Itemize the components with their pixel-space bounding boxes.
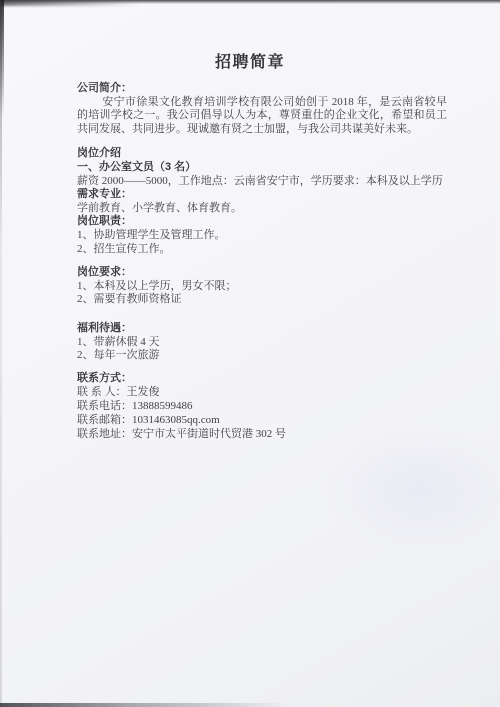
scanned-document-page: 招聘简章 公司简介： 安宁市徐果文化教育培训学校有限公司始创于 2018 年，是… <box>0 0 500 707</box>
scan-edge-top-left-corner <box>0 0 140 6</box>
position-intro-heading: 岗位介绍 <box>77 147 447 161</box>
contact-phone: 联系电话：13888599486 <box>77 399 447 413</box>
requirement-item: 1、本科及以上学历，男女不限； <box>77 280 447 294</box>
section-company-intro: 公司简介： 安宁市徐果文化教育培训学校有限公司始创于 2018 年，是云南省较早… <box>77 82 447 136</box>
contact-person: 联 系 人：王发俊 <box>77 385 447 399</box>
document-title: 招聘简章 <box>0 49 500 72</box>
duty-item: 1、协助管理学生及管理工作。 <box>77 229 447 243</box>
majors-list: 学前教育、小学教育、体育教育。 <box>77 202 447 216</box>
duty-item: 2、招生宣传工作。 <box>77 243 447 257</box>
contact-email: 联系邮箱：1031463085qq.com <box>77 413 447 427</box>
benefit-item: 2、每年一次旅游 <box>77 349 447 363</box>
section-requirements: 岗位要求： 1、本科及以上学历，男女不限； 2、需要有教师资格证 <box>77 266 447 307</box>
benefits-heading: 福利待遇： <box>77 322 447 336</box>
company-intro-heading: 公司简介： <box>77 82 447 96</box>
requirement-item: 2、需要有教师资格证 <box>77 293 447 307</box>
majors-heading: 需求专业： <box>77 188 447 202</box>
section-contact: 联系方式： 联 系 人：王发俊 联系电话：13888599486 联系邮箱：10… <box>77 372 447 442</box>
salary-line: 薪资 2000——5000，工作地点：云南省安宁市，学历要求：本科及以上学历 <box>77 175 447 189</box>
section-benefits: 福利待遇： 1、带薪休假 4 天 2、每年一次旅游 <box>77 322 447 363</box>
position-title: 一、办公室文员（3 名） <box>77 161 447 175</box>
benefit-item: 1、带薪休假 4 天 <box>77 336 447 350</box>
scan-edge-bottom <box>0 703 290 707</box>
section-duties: 岗位职责： 1、协助管理学生及管理工作。 2、招生宣传工作。 <box>77 215 447 256</box>
document-body: 公司简介： 安宁市徐果文化教育培训学校有限公司始创于 2018 年，是云南省较早… <box>77 82 447 441</box>
duties-heading: 岗位职责： <box>77 215 447 229</box>
section-position-intro: 岗位介绍 一、办公室文员（3 名） 薪资 2000——5000，工作地点：云南省… <box>77 147 447 188</box>
section-majors: 需求专业： 学前教育、小学教育、体育教育。 <box>77 188 447 215</box>
company-intro-paragraph: 安宁市徐果文化教育培训学校有限公司始创于 2018 年，是云南省较早的培训学校之… <box>77 96 447 137</box>
contact-address: 联系地址：安宁市太平街道时代贸港 302 号 <box>77 427 447 441</box>
contact-heading: 联系方式： <box>77 372 447 386</box>
requirements-heading: 岗位要求： <box>77 266 447 280</box>
scan-edge-left-faint <box>0 0 2 707</box>
